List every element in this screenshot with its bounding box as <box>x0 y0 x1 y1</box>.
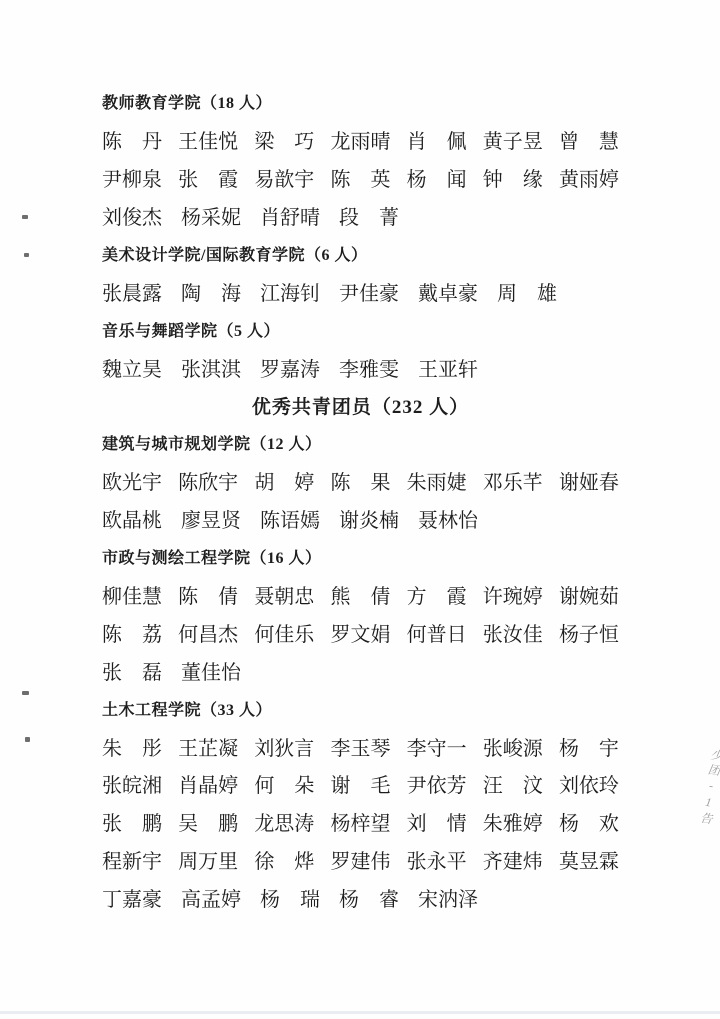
award-category-heading: 优秀共青团员（232 人） <box>102 386 619 424</box>
person-name: 钟 缘 <box>483 163 543 192</box>
name-row: 朱 彤王芷凝刘狄言李玉琴李守一张峻源杨 宇 <box>102 727 619 765</box>
person-name: 柳佳慧 <box>102 580 162 609</box>
person-name: 廖昱贤 <box>181 504 241 533</box>
person-name: 宋汭泽 <box>418 883 478 912</box>
person-name: 何佳乐 <box>254 618 314 647</box>
person-name: 李守一 <box>407 732 467 761</box>
college-section-title: 美术设计学院/国际教育学院（6 人） <box>102 235 619 273</box>
person-name: 程新宇 <box>102 845 162 874</box>
name-row: 柳佳慧陈 倩聂朝忠熊 倩方 霞许琬婷谢婉茹 <box>102 576 619 614</box>
person-name: 杨梓望 <box>330 807 390 836</box>
person-name: 董佳怡 <box>181 656 241 685</box>
name-row: 张晨露陶 海江海钊尹佳豪戴卓豪周 雄 <box>102 272 619 310</box>
name-row: 陈 荔何昌杰何佳乐罗文娟何普日张汝佳杨子恒 <box>102 613 619 651</box>
handwritten-margin-note: 少团-1告 <box>685 747 720 888</box>
name-row: 陈 丹王佳悦梁 巧龙雨晴肖 佩黄子昱曾 慧 <box>102 121 619 159</box>
person-name: 陈欣宇 <box>178 466 238 495</box>
person-name: 谢炎楠 <box>339 504 399 533</box>
person-name: 许琬婷 <box>483 580 543 609</box>
college-section-title: 建筑与城市规划学院（12 人） <box>102 424 619 462</box>
person-name: 高孟婷 <box>181 883 241 912</box>
person-name: 王亚轩 <box>418 353 478 382</box>
person-name: 张 磊 <box>102 656 162 685</box>
person-name: 张汝佳 <box>483 618 543 647</box>
person-name: 李玉琴 <box>330 732 390 761</box>
person-name: 丁嘉豪 <box>102 883 162 912</box>
person-name: 齐建炜 <box>483 845 543 874</box>
name-row: 张 磊董佳怡 <box>102 651 619 689</box>
college-section-title: 土木工程学院（33 人） <box>102 689 619 727</box>
person-name: 徐 烨 <box>254 845 314 874</box>
person-name: 尹佳豪 <box>339 277 399 306</box>
person-name: 杨 宇 <box>559 732 619 761</box>
person-name: 聂林怡 <box>418 504 478 533</box>
person-name: 莫昱霖 <box>559 845 619 874</box>
person-name: 周 雄 <box>497 277 557 306</box>
person-name: 汪 汶 <box>483 769 543 798</box>
scan-artifact-speck <box>22 691 29 695</box>
person-name: 段 菁 <box>339 201 399 230</box>
person-name: 肖舒晴 <box>260 201 320 230</box>
person-name: 黄雨婷 <box>559 163 619 192</box>
person-name: 杨采妮 <box>181 201 241 230</box>
person-name: 何 朵 <box>254 769 314 798</box>
person-name: 杨 欢 <box>559 807 619 836</box>
person-name: 罗文娟 <box>330 618 390 647</box>
margin-note-line2: 告 <box>698 811 714 828</box>
person-name: 胡 婷 <box>254 466 314 495</box>
person-name: 戴卓豪 <box>418 277 478 306</box>
person-name: 罗嘉涛 <box>260 353 320 382</box>
person-name: 陈 倩 <box>178 580 238 609</box>
person-name: 江海钊 <box>260 277 320 306</box>
person-name: 肖晶婷 <box>178 769 238 798</box>
document-page: 教师教育学院（18 人）陈 丹王佳悦梁 巧龙雨晴肖 佩黄子昱曾 慧尹柳泉张 霞易… <box>0 0 720 1019</box>
name-row: 张 鹏吴 鹏龙思涛杨梓望刘 情朱雅婷杨 欢 <box>102 803 619 841</box>
person-name: 肖 佩 <box>407 125 467 154</box>
college-section-title: 音乐与舞蹈学院（5 人） <box>102 310 619 348</box>
person-name: 谢娅春 <box>559 466 619 495</box>
person-name: 方 霞 <box>407 580 467 609</box>
person-name: 欧晶桃 <box>102 504 162 533</box>
person-name: 陈 丹 <box>102 125 162 154</box>
person-name: 杨 闻 <box>407 163 467 192</box>
person-name: 王芷凝 <box>178 732 238 761</box>
person-name: 邓乐芊 <box>483 466 543 495</box>
person-name: 熊 倩 <box>330 580 390 609</box>
person-name: 黄子昱 <box>483 125 543 154</box>
document-body: 教师教育学院（18 人）陈 丹王佳悦梁 巧龙雨晴肖 佩黄子昱曾 慧尹柳泉张 霞易… <box>102 83 619 917</box>
name-row: 刘俊杰杨采妮肖舒晴段 菁 <box>102 197 619 235</box>
person-name: 杨 瑞 <box>260 883 320 912</box>
name-row: 尹柳泉张 霞易歆宇陈 英杨 闻钟 缘黄雨婷 <box>102 159 619 197</box>
name-row: 欧光宇陈欣宇胡 婷陈 果朱雨婕邓乐芊谢娅春 <box>102 462 619 500</box>
name-row: 程新宇周万里徐 烨罗建伟张永平齐建炜莫昱霖 <box>102 841 619 879</box>
person-name: 朱雅婷 <box>483 807 543 836</box>
person-name: 谢婉茹 <box>559 580 619 609</box>
person-name: 易歆宇 <box>254 163 314 192</box>
person-name: 何普日 <box>407 618 467 647</box>
person-name: 周万里 <box>178 845 238 874</box>
person-name: 欧光宇 <box>102 466 162 495</box>
name-row: 张皖湘肖晶婷何 朵谢 毛尹依芳汪 汶刘依玲 <box>102 765 619 803</box>
person-name: 张淇淇 <box>181 353 241 382</box>
person-name: 尹依芳 <box>407 769 467 798</box>
person-name: 杨子恒 <box>559 618 619 647</box>
person-name: 张晨露 <box>102 277 162 306</box>
person-name: 龙思涛 <box>254 807 314 836</box>
college-section-title: 市政与测绘工程学院（16 人） <box>102 538 619 576</box>
person-name: 何昌杰 <box>178 618 238 647</box>
person-name: 尹柳泉 <box>102 163 162 192</box>
person-name: 张永平 <box>407 845 467 874</box>
person-name: 张 鹏 <box>102 807 162 836</box>
person-name: 龙雨晴 <box>330 125 390 154</box>
person-name: 陈 果 <box>330 466 390 495</box>
page-bottom-edge <box>0 1011 720 1014</box>
person-name: 罗建伟 <box>330 845 390 874</box>
person-name: 陈 英 <box>330 163 390 192</box>
person-name: 朱 彤 <box>102 732 162 761</box>
scan-artifact-speck <box>24 253 29 257</box>
person-name: 刘 情 <box>407 807 467 836</box>
name-row: 魏立昊张淇淇罗嘉涛李雅雯王亚轩 <box>102 348 619 386</box>
person-name: 张 霞 <box>178 163 238 192</box>
person-name: 陈 荔 <box>102 618 162 647</box>
person-name: 梁 巧 <box>254 125 314 154</box>
person-name: 刘依玲 <box>559 769 619 798</box>
person-name: 曾 慧 <box>559 125 619 154</box>
person-name: 陶 海 <box>181 277 241 306</box>
person-name: 杨 睿 <box>339 883 399 912</box>
name-row: 欧晶桃廖昱贤陈语嫣谢炎楠聂林怡 <box>102 500 619 538</box>
person-name: 朱雨婕 <box>407 466 467 495</box>
person-name: 张峻源 <box>483 732 543 761</box>
scan-artifact-speck <box>25 737 30 742</box>
person-name: 刘狄言 <box>254 732 314 761</box>
person-name: 谢 毛 <box>330 769 390 798</box>
person-name: 李雅雯 <box>339 353 399 382</box>
person-name: 陈语嫣 <box>260 504 320 533</box>
name-row: 丁嘉豪高孟婷杨 瑞杨 睿宋汭泽 <box>102 879 619 917</box>
person-name: 张皖湘 <box>102 769 162 798</box>
person-name: 聂朝忠 <box>254 580 314 609</box>
scan-artifact-speck <box>22 215 28 219</box>
margin-note-line1: 少团-1 <box>700 748 720 813</box>
college-section-title: 教师教育学院（18 人） <box>102 83 619 121</box>
person-name: 王佳悦 <box>178 125 238 154</box>
person-name: 吴 鹏 <box>178 807 238 836</box>
person-name: 魏立昊 <box>102 353 162 382</box>
person-name: 刘俊杰 <box>102 201 162 230</box>
